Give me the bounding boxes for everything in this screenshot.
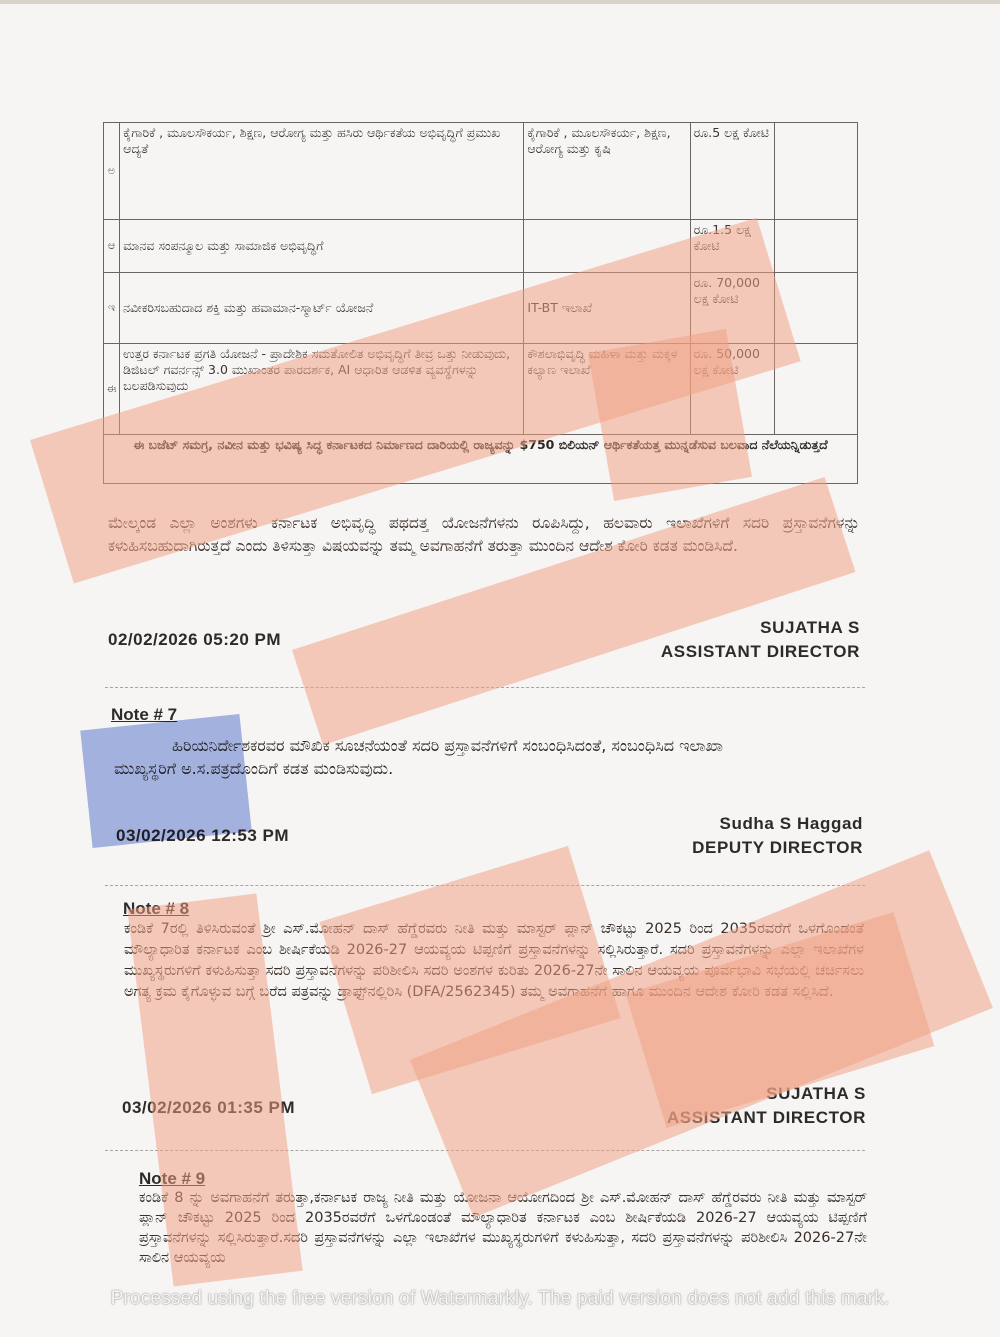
table-summary-row: ಈ ಬಜೆಟ್ ಸಮಗ್ರ, ನವೀನ ಮತ್ತು ಭವಿಷ್ಯ ಸಿದ್ಧ ಕ…	[104, 435, 858, 484]
note7-body: ಹಿರಿಯನಿರ್ದೇಶಕರವರ ಮೌಖಿಕ ಸೂಚನೆಯಂತೆ ಸದರಿ ಪ್…	[114, 734, 774, 780]
note8-signer-name: SUJATHA S	[667, 1082, 866, 1106]
row-department: IT-BT ಇಲಾಖೆ	[524, 273, 690, 344]
note7-signature: Sudha S Haggad DEPUTY DIRECTOR	[692, 812, 863, 860]
row-department	[524, 220, 690, 273]
note6-signer-title: ASSISTANT DIRECTOR	[661, 640, 860, 664]
table-row: ಅ ಕೈಗಾರಿಕೆ , ಮೂಲಸೌಕರ್ಯ, ಶಿಕ್ಷಣ, ಆರೋಗ್ಯ ಮ…	[104, 123, 858, 220]
note8-signature: SUJATHA S ASSISTANT DIRECTOR	[667, 1082, 866, 1130]
row-department: ಕೌಶಲಾಭಿವೃದ್ಧಿ ಮಹಿಳಾ ಮತ್ತು ಮಕ್ಕಳ ಕಲ್ಯಾಣ ಇ…	[524, 344, 690, 435]
highlight-overlay	[410, 850, 993, 1217]
row-department: ಕೈಗಾರಿಕೆ , ಮೂಲಸೌಕರ್ಯ, ಶಿಕ್ಷಣ, ಆರೋಗ್ಯ ಮತ್…	[524, 123, 690, 220]
table-row: ಇ ನವೀಕರಿಸಬಹುದಾದ ಶಕ್ತಿ ಮತ್ತು ಹವಾಮಾನ-ಸ್ಮಾರ…	[104, 273, 858, 344]
watermark-text: Processed using the free version of Wate…	[0, 1288, 1000, 1310]
row-amount: ರೂ. 70,000 ಲಕ್ಷ ಕೋಟಿ	[690, 273, 775, 344]
row-index: ಇ	[104, 273, 120, 344]
row-description: ಮಾನವ ಸಂಪನ್ಮೂಲ ಮತ್ತು ಸಾಮಾಜಿಕ ಅಭಿವೃದ್ಧಿಗೆ	[120, 220, 524, 273]
note8-timestamp: 03/02/2026 01:35 PM	[122, 1098, 295, 1118]
table-summary: ಈ ಬಜೆಟ್ ಸಮಗ್ರ, ನವೀನ ಮತ್ತು ಭವಿಷ್ಯ ಸಿದ್ಧ ಕ…	[104, 435, 858, 484]
budget-allocation-table: ಅ ಕೈಗಾರಿಕೆ , ಮೂಲಸೌಕರ್ಯ, ಶಿಕ್ಷಣ, ಆರೋಗ್ಯ ಮ…	[103, 122, 858, 484]
note9-body: ಕಂಡಿಕೆ 8 ನ್ನು ಅವಗಾಹನೆಗೆ ತರುತ್ತಾ,ಕರ್ನಾಟಕ …	[139, 1188, 867, 1268]
row-amount: ರೂ.1.5 ಲಕ್ಷ ಕೋಟಿ	[690, 220, 775, 273]
row-amount: ರೂ. 50,000 ಲಕ್ಷ ಕೋಟಿ	[690, 344, 775, 435]
table-row: ಆ ಮಾನವ ಸಂಪನ್ಮೂಲ ಮತ್ತು ಸಾಮಾಜಿಕ ಅಭಿವೃದ್ಧಿಗ…	[104, 220, 858, 273]
note6-timestamp: 02/02/2026 05:20 PM	[108, 630, 281, 650]
section-divider	[105, 687, 865, 688]
row-description: ಕೈಗಾರಿಕೆ , ಮೂಲಸೌಕರ್ಯ, ಶಿಕ್ಷಣ, ಆರೋಗ್ಯ ಮತ್…	[120, 123, 524, 220]
row-description: ಉತ್ತರ ಕರ್ನಾಟಕ ಪ್ರಗತಿ ಯೋಜನೆ - ಪ್ರಾದೇಶಿಕ ಸ…	[120, 344, 524, 435]
row-blank-cell	[775, 220, 858, 273]
row-blank-cell	[775, 123, 858, 220]
row-blank-cell	[775, 273, 858, 344]
note7-title: Note # 7	[111, 705, 177, 725]
note6-body: ಮೇಲ್ಕಂಡ ಎಲ್ಲಾ ಅಂಶಗಳು ಕರ್ನಾಟಕ ಅಭಿವೃದ್ಧಿ ಪ…	[108, 512, 860, 558]
section-divider	[105, 885, 865, 886]
note6-signer-name: SUJATHA S	[661, 616, 860, 640]
section-divider	[105, 1150, 865, 1151]
table-row: ಈ ಉತ್ತರ ಕರ್ನಾಟಕ ಪ್ರಗತಿ ಯೋಜನೆ - ಪ್ರಾದೇಶಿಕ…	[104, 344, 858, 435]
row-index: ಆ	[104, 220, 120, 273]
note7-timestamp: 03/02/2026 12:53 PM	[116, 826, 289, 846]
note8-signer-title: ASSISTANT DIRECTOR	[667, 1106, 866, 1130]
note8-body: ಕಂಡಿಕೆ 7ರಲ್ಲಿ ತಿಳಿಸಿರುವಂತೆ ಶ್ರೀ ಎಸ್.ಮೋಹನ…	[124, 919, 864, 1003]
page-top-edge	[0, 0, 1000, 4]
row-blank-cell	[775, 344, 858, 435]
note7-signer-name: Sudha S Haggad	[692, 812, 863, 836]
note6-signature: SUJATHA S ASSISTANT DIRECTOR	[661, 616, 860, 664]
row-description: ನವೀಕರಿಸಬಹುದಾದ ಶಕ್ತಿ ಮತ್ತು ಹವಾಮಾನ-ಸ್ಮಾರ್ಟ…	[120, 273, 524, 344]
note7-signer-title: DEPUTY DIRECTOR	[692, 836, 863, 860]
note9-title: Note # 9	[139, 1169, 205, 1189]
row-index: ಈ	[104, 344, 120, 435]
row-index: ಅ	[104, 123, 120, 220]
note8-title: Note # 8	[123, 899, 189, 919]
row-amount: ರೂ.5 ಲಕ್ಷ ಕೋಟಿ	[690, 123, 775, 220]
